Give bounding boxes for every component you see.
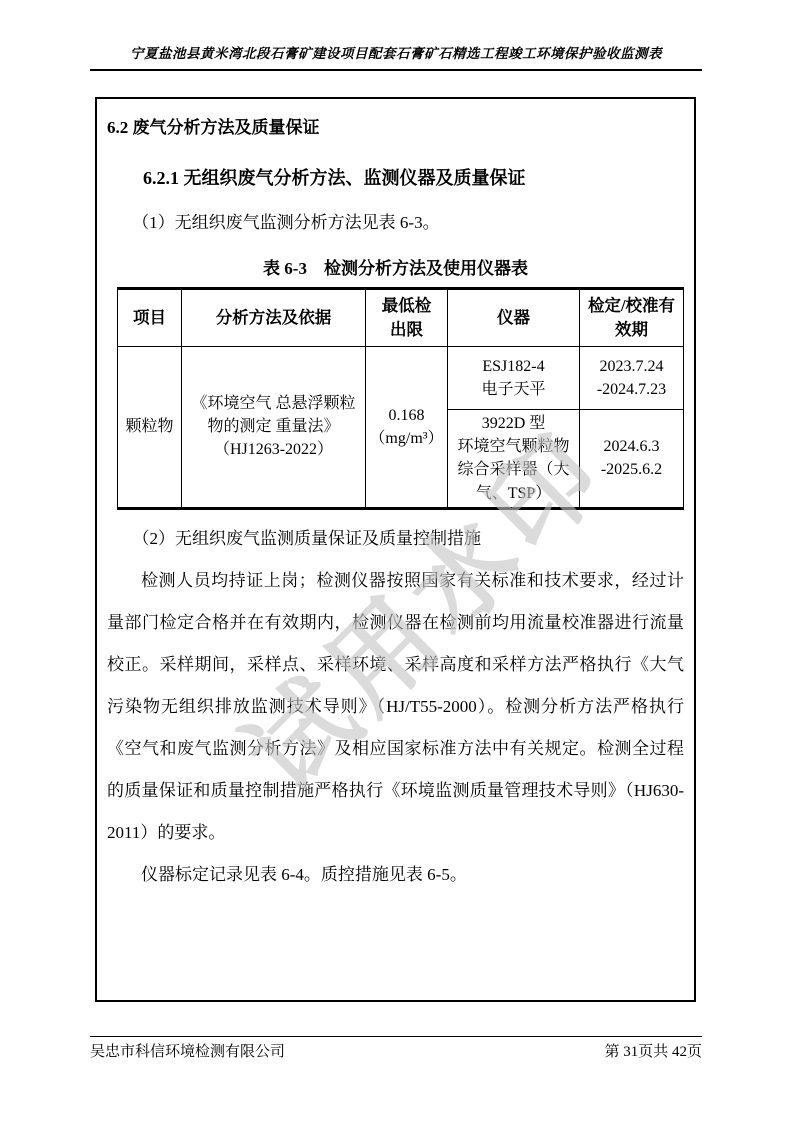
header-cell-validity: 检定/校准有 效期 [580,289,684,347]
footer-page-number: 第 31页共 42页 [604,1040,702,1061]
table-header-row: 项目 分析方法及依据 最低检 出限 仪器 检定/校准有 效期 [118,289,684,347]
section-heading-6-2: 6.2 废气分析方法及质量保证 [107,113,686,138]
paragraph-records-reference: 仪器标定记录见表 6-4。质控措施见表 6-5。 [107,854,684,896]
footer-company: 吴忠市科信环境检测有限公司 [90,1040,285,1061]
content-frame: 6.2 废气分析方法及质量保证 6.2.1 无组织废气分析方法、监测仪器及质量保… [95,97,696,1002]
header-cell-detection-limit: 最低检 出限 [366,289,448,347]
paragraph-method-reference: （1）无组织废气监测分析方法见表 6-3。 [105,202,686,244]
cell-method: 《环境空气 总悬浮颗粒 物的测定 重量法》 （HJ1263-2022） [182,347,366,509]
cell-validity-1: 2023.7.24 -2024.7.23 [580,347,684,410]
cell-instrument-2: 3922D 型 环境空气颗粒物 综合采样器（大 气、TSP） [448,410,580,509]
cell-detection-limit: 0.168 （mg/m³） [366,347,448,509]
header-cell-method: 分析方法及依据 [182,289,366,347]
cell-validity-2: 2024.6.3 -2025.6.2 [580,410,684,509]
cell-instrument-1: ESJ182-4 电子天平 [448,347,580,410]
paragraph-quality-assurance: 检测人员均持证上岗；检测仪器按照国家有关标准和技术要求，经过计量部门检定合格并在… [107,560,684,854]
header-cell-instrument: 仪器 [448,289,580,347]
analysis-methods-table: 项目 分析方法及依据 最低检 出限 仪器 检定/校准有 效期 颗粒物 《环境空气… [117,287,684,510]
section-heading-6-2-1: 6.2.1 无组织废气分析方法、监测仪器及质量保证 [143,164,686,190]
cell-item: 颗粒物 [118,347,182,509]
table-row: 颗粒物 《环境空气 总悬浮颗粒 物的测定 重量法》 （HJ1263-2022） … [118,347,684,410]
page-footer: 吴忠市科信环境检测有限公司 第 31页共 42页 [90,1040,702,1061]
document-page: { "page": { "header_title": "宁夏盐池县黄米湾北段石… [0,0,793,1122]
page-header-title: 宁夏盐池县黄米湾北段石膏矿建设项目配套石膏矿石精选工程竣工环境保护验收监测表 [90,42,702,71]
paragraph-qc-heading: （2）无组织废气监测质量保证及质量控制措施 [107,518,684,560]
header-cell-item: 项目 [118,289,182,347]
table-6-3-title: 表 6-3 检测分析方法及使用仪器表 [105,254,686,279]
body-text-block: （2）无组织废气监测质量保证及质量控制措施 检测人员均持证上岗；检测仪器按照国家… [105,518,686,896]
footer-divider [90,1036,702,1037]
